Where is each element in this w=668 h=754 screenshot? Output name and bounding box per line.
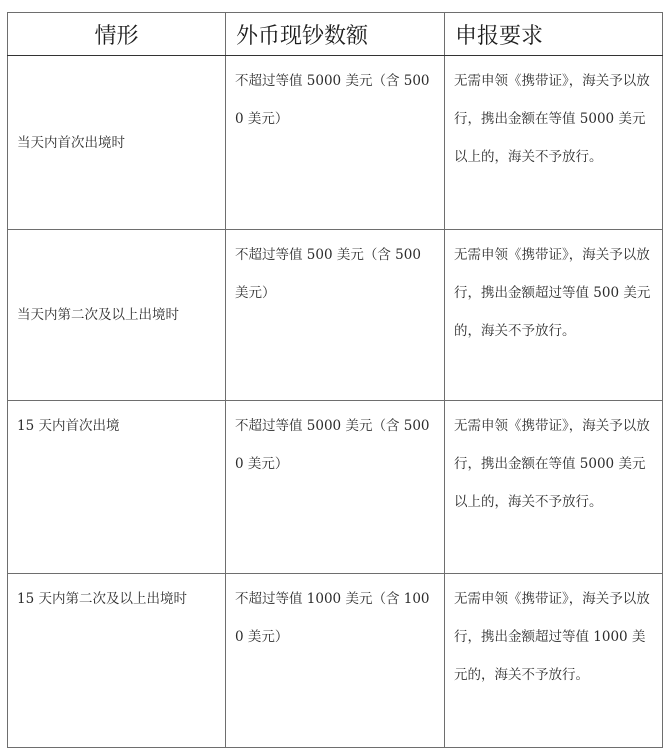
situation-cell: 15 天内第二次及以上出境时 <box>8 574 226 748</box>
requirement-cell: 无需申领《携带证》，海关予以放行，携出金额超过等值 1000 美元的，海关不予放… <box>445 574 663 748</box>
amount-text: 不超过等值 5000 美元（含 5000 美元） <box>235 401 438 483</box>
requirement-text: 无需申领《携带证》，海关予以放行，携出金额超过等值 500 美元的，海关不予放行… <box>454 230 656 350</box>
requirement-text: 无需申领《携带证》，海关予以放行，携出金额在等值 5000 美元以上的，海关不予… <box>454 401 656 521</box>
header-cash-amount: 外币现钞数额 <box>226 13 445 56</box>
table-row: 15 天内首次出境 不超过等值 5000 美元（含 5000 美元） 无需申领《… <box>8 401 663 574</box>
header-declaration-requirement: 申报要求 <box>445 13 663 56</box>
requirement-cell: 无需申领《携带证》，海关予以放行，携出金额超过等值 500 美元的，海关不予放行… <box>445 230 663 401</box>
situation-cell: 当天内首次出境时 <box>8 56 226 230</box>
amount-cell: 不超过等值 5000 美元（含 5000 美元） <box>226 401 445 574</box>
situation-cell: 当天内第二次及以上出境时 <box>8 230 226 401</box>
requirement-text: 无需申领《携带证》，海关予以放行，携出金额在等值 5000 美元以上的，海关不予… <box>454 56 656 176</box>
situation-text: 当天内首次出境时 <box>17 124 219 162</box>
table-row: 当天内首次出境时 不超过等值 5000 美元（含 5000 美元） 无需申领《携… <box>8 56 663 230</box>
currency-declaration-table: 情形 外币现钞数额 申报要求 当天内首次出境时 不超过等值 5000 美元（含 … <box>7 12 663 748</box>
amount-cell: 不超过等值 500 美元（含 500 美元） <box>226 230 445 401</box>
amount-text: 不超过等值 5000 美元（含 5000 美元） <box>235 56 438 138</box>
requirement-cell: 无需申领《携带证》，海关予以放行，携出金额在等值 5000 美元以上的，海关不予… <box>445 401 663 574</box>
amount-cell: 不超过等值 5000 美元（含 5000 美元） <box>226 56 445 230</box>
situation-text: 15 天内首次出境 <box>17 401 219 445</box>
requirement-text: 无需申领《携带证》，海关予以放行，携出金额超过等值 1000 美元的，海关不予放… <box>454 574 656 694</box>
header-situation: 情形 <box>8 13 226 56</box>
table-row: 当天内第二次及以上出境时 不超过等值 500 美元（含 500 美元） 无需申领… <box>8 230 663 401</box>
amount-text: 不超过等值 1000 美元（含 1000 美元） <box>235 574 438 656</box>
amount-cell: 不超过等值 1000 美元（含 1000 美元） <box>226 574 445 748</box>
table-header-row: 情形 外币现钞数额 申报要求 <box>8 13 663 56</box>
amount-text: 不超过等值 500 美元（含 500 美元） <box>235 230 438 312</box>
table-row: 15 天内第二次及以上出境时 不超过等值 1000 美元（含 1000 美元） … <box>8 574 663 748</box>
requirement-cell: 无需申领《携带证》，海关予以放行，携出金额在等值 5000 美元以上的，海关不予… <box>445 56 663 230</box>
situation-cell: 15 天内首次出境 <box>8 401 226 574</box>
situation-text: 当天内第二次及以上出境时 <box>17 296 219 334</box>
situation-text: 15 天内第二次及以上出境时 <box>17 574 219 618</box>
